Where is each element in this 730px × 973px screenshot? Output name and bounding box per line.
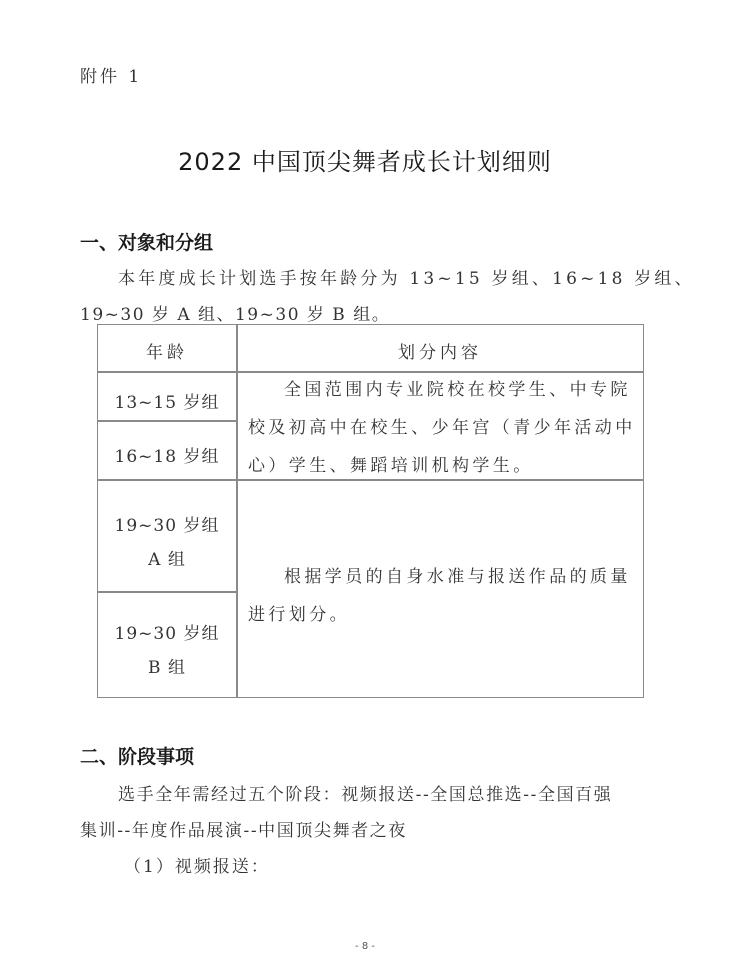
table-header-content: 划分内容 [237,338,643,363]
table-header-age: 年龄 [98,338,236,363]
section-1-intro-line-1: 本年度成长计划选手按年龄分为 13~15 岁组、16~18 岁组、 [118,264,695,289]
table-cell-age-line-1: 19~30 岁组 [98,511,236,536]
table-cell-age-line-2: A 组 [98,545,236,570]
content-line: 校及初高中在校生、少年宫（青少年活动中 [248,409,636,447]
content-line: 心）学生、舞蹈培训机构学生。 [248,447,636,485]
content-line: 进行划分。 [248,596,631,634]
table-content-group-2: 根据学员的自身水准与报送作品的质量 进行划分。 [248,558,631,634]
table-cell-age: 16~18 岁组 [98,442,236,467]
section-1-intro-line-2: 19~30 岁 A 组、19~30 岁 B 组。 [80,300,390,325]
document-title: 2022 中国顶尖舞者成长计划细则 [0,142,730,177]
section-2-item-1: （1）视频报送： [124,852,270,877]
section-2-intro-line-2: 集训--年度作品展演--中国顶尖舞者之夜 [80,816,407,841]
section-2-heading: 二、阶段事项 [80,742,194,769]
table-row-divider [98,420,237,422]
section-1-heading: 一、对象和分组 [80,228,213,255]
table-row-divider [98,591,237,593]
table-cell-age: 13~15 岁组 [98,388,236,413]
content-line: 全国范围内专业院校在校学生、中专院 [248,371,636,409]
section-2-intro-line-1: 选手全年需经过五个阶段：视频报送--全国总推选--全国百强 [118,780,612,805]
attachment-label: 附件 1 [80,62,142,87]
table-content-group-1: 全国范围内专业院校在校学生、中专院 校及初高中在校生、少年宫（青少年活动中 心）… [248,371,636,485]
page-number: - 8 - [0,941,730,952]
age-group-table: 年龄 划分内容 13~15 岁组 16~18 岁组 19~30 岁组 A 组 1… [97,324,644,698]
table-cell-age-line-2: B 组 [98,653,236,678]
table-column-divider [236,325,238,697]
content-line: 根据学员的自身水准与报送作品的质量 [248,558,631,596]
table-cell-age-line-1: 19~30 岁组 [98,619,236,644]
